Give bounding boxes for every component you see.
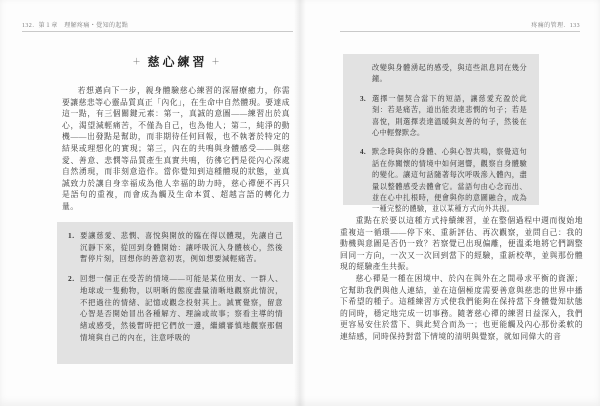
body-paragraph: 慈心禪是一種在困境中、於內在與外在之間尋求平衡的資源；它幫助我們與他人連結，並在… (340, 273, 583, 343)
step-text: 默念時與你的身體、心與心智共鳴，察覺這句話在你關懷的情境中如何迴響，觀察自身體驗… (372, 148, 527, 213)
right-header-rule (340, 31, 580, 32)
right-page-paragraphs: 重點在於要以這種方式持續練習，並在整個過程中週而復始地重複這一循環——停下來、重… (340, 215, 583, 343)
step-text: 選擇一個契合當下的短語，讓慈愛充盈於此刻：若是痛苦，道出能表達悲憫的句子；若是喜… (372, 95, 527, 137)
section-title: ＋慈心練習＋ (62, 53, 290, 70)
step-number: 2. (68, 273, 75, 285)
left-chapter-title: 第１章 理解疼痛・覺知的起點 (39, 23, 129, 29)
step-number: 1. (68, 230, 75, 242)
left-header-rule (22, 31, 293, 32)
step-2-continuation: 改變與身體湧起的感受，與這些訊息同在幾分鐘。 (360, 63, 527, 86)
left-page: 132．第１章 理解疼痛・覺知的起點 ＋慈心練習＋ 若想邁向下一步，親身體驗慈心… (0, 0, 300, 406)
step-number: 3. (360, 94, 366, 105)
practice-step-4: 4. 默念時與你的身體、心與心智共鳴，察覺這句話在你關懷的情境中如何迴響，觀察自… (360, 147, 527, 215)
practice-box-right: 改變與身體湧起的感受，與這些訊息同在幾分鐘。 3. 選擇一個契合當下的短語，讓慈… (343, 54, 539, 205)
title-ornament-right: ＋ (212, 57, 220, 66)
book-spread: 132．第１章 理解疼痛・覺知的起點 ＋慈心練習＋ 若想邁向下一步，親身體驗慈心… (0, 0, 600, 406)
practice-step-2: 2. 回想一個正在受苦的情境——可能是某位朋友、一群人、地球或一隻動物，以明晰的… (68, 273, 283, 343)
body-paragraph: 重點在於要以這種方式持續練習，並在整個過程中週而復始地重複這一循環——停下來、重… (340, 215, 583, 273)
right-page-number: 133 (570, 23, 580, 29)
step-text: 回想一個正在受苦的情境——可能是某位朋友、一群人、地球或一隻動物，以明晰的態度盡… (80, 274, 283, 342)
step-number: 4. (360, 147, 366, 158)
practice-step-1: 1. 要讓慈愛、悲憫、喜悅與開放的臨在得以體現，先讓自己沉靜下來，從回到身體開始… (68, 230, 283, 265)
right-running-head: 疼痛的管理．133 (531, 20, 580, 29)
body-paragraph: 若想邁向下一步，親身體驗慈心練習的深層療癒力，你需要讓慈悲等心靈品質真正「內化」… (62, 85, 290, 213)
left-running-head: 132．第１章 理解疼痛・覺知的起點 (22, 20, 128, 29)
practice-box-left: 1. 要讓慈愛、悲憫、喜悅與開放的臨在得以體現，先讓自己沉靜下來，從回到身體開始… (57, 222, 293, 364)
title-ornament-left: ＋ (132, 57, 140, 66)
right-page: 疼痛的管理．133 改變與身體湧起的感受，與這些訊息同在幾分鐘。 3. 選擇一個… (300, 0, 600, 406)
right-section-name: 疼痛的管理 (531, 23, 563, 29)
step-text: 要讓慈愛、悲憫、喜悅與開放的臨在得以體現，先讓自己沉靜下來，從回到身體開始：讓呼… (80, 231, 283, 263)
practice-step-3: 3. 選擇一個契合當下的短語，讓慈愛充盈於此刻：若是痛苦，道出能表達悲憫的句子；… (360, 94, 527, 140)
left-page-number: 132 (22, 23, 32, 29)
section-title-text: 慈心練習 (147, 55, 207, 69)
